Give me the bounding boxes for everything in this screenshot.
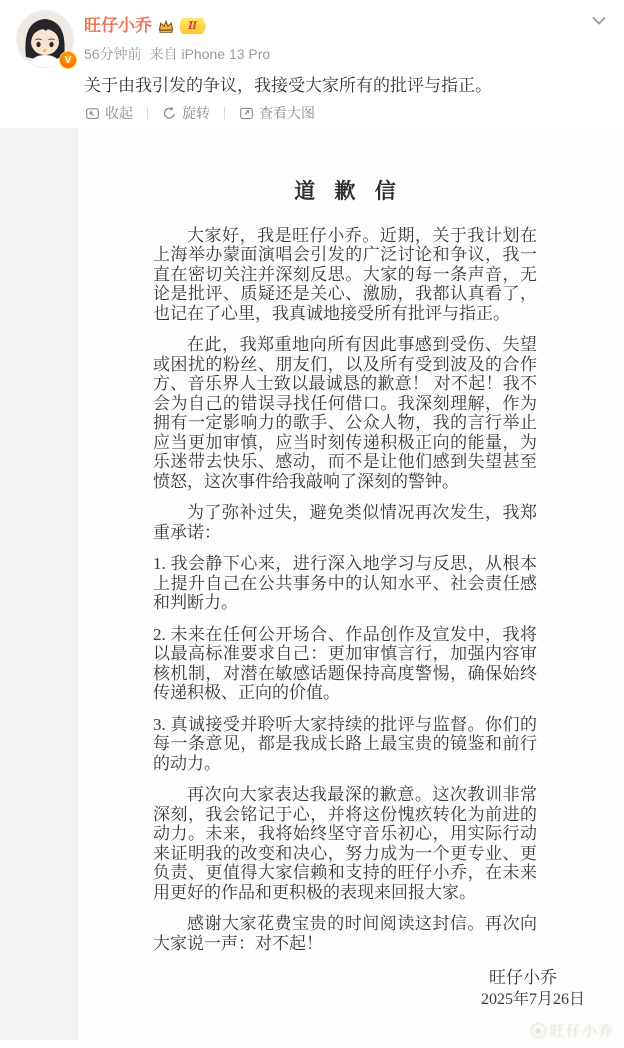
chevron-down-icon bbox=[590, 12, 608, 30]
image-toolbar: 收起 旋转 查看大图 bbox=[85, 103, 315, 123]
verified-v-badge: V bbox=[59, 51, 77, 69]
letter-body: 道 歉 信 大家好，我是旺仔小乔。近期，关于我计划在上海举办蒙面演唱会引发的广泛… bbox=[78, 128, 624, 1011]
collapse-label: 收起 bbox=[105, 103, 133, 123]
rotate-icon bbox=[162, 106, 177, 121]
toolbar-divider bbox=[224, 107, 225, 120]
post-time: 56分钟前 bbox=[84, 44, 142, 64]
letter-title: 道 歉 信 bbox=[153, 182, 537, 202]
letter-paper: 道 歉 信 大家好，我是旺仔小乔。近期，关于我计划在上海举办蒙面演唱会引发的广泛… bbox=[78, 128, 624, 1048]
letter-list-item-3: 3. 真诚接受并聆听大家持续的批评与监督。你们的每一条意见，都是我成长路上最宝贵… bbox=[153, 715, 537, 774]
collapse-image-icon bbox=[85, 106, 100, 121]
letter-paragraph: 感谢大家花费宝贵的时间阅读这封信。再次向大家说一声：对不起！ bbox=[153, 914, 537, 953]
letter-list-item-1: 1. 我会静下心来，进行深入地学习与反思，从根本上提升自己在公共事务中的认知水平… bbox=[153, 554, 537, 613]
collapse-button[interactable]: 收起 bbox=[85, 103, 133, 123]
post-source: 来自 iPhone 13 Pro bbox=[150, 44, 271, 64]
toolbar-divider bbox=[147, 107, 148, 120]
letter-paragraph: 为了弥补过失，避免类似情况再次发生，我郑重承诺： bbox=[153, 503, 537, 542]
letter-image[interactable]: 道 歉 信 大家好，我是旺仔小乔。近期，关于我计划在上海举办蒙面演唱会引发的广泛… bbox=[0, 128, 624, 1048]
letter-list-item-2: 2. 未来在任何公开场合、作品创作及宣发中，我将以最高标准要求自己：更加审慎言行… bbox=[153, 625, 537, 703]
vip-crown-icon bbox=[157, 18, 175, 34]
signature-name: 旺仔小乔 bbox=[153, 967, 557, 989]
username[interactable]: 旺仔小乔 bbox=[84, 16, 152, 36]
rotate-button[interactable]: 旋转 bbox=[162, 103, 210, 123]
rotate-label: 旋转 bbox=[182, 103, 210, 123]
view-large-image-icon bbox=[239, 106, 254, 121]
watermark-text: 旺仔小乔 bbox=[550, 1020, 614, 1041]
letter-paragraph: 大家好，我是旺仔小乔。近期，关于我计划在上海举办蒙面演唱会引发的广泛讨论和争议，… bbox=[153, 226, 537, 324]
vip-level-badge: Ⅱ bbox=[180, 18, 206, 34]
letter-paragraph: 在此，我郑重地向所有因此事感到受伤、失望或困扰的粉丝、朋友们，以及所有受到波及的… bbox=[153, 335, 537, 491]
watermark: ◉ 旺仔小乔 bbox=[531, 1020, 614, 1041]
avatar[interactable]: V bbox=[16, 10, 74, 68]
signature-date: 2025年7月26日 bbox=[153, 989, 585, 1011]
post-meta: 56分钟前 来自 iPhone 13 Pro bbox=[84, 44, 270, 64]
view-large-label: 查看大图 bbox=[259, 103, 315, 123]
letter-signature: 旺仔小乔 2025年7月26日 bbox=[153, 967, 585, 1011]
post-text: 关于由我引发的争议，我接受大家所有的批评与指正。 bbox=[84, 74, 564, 98]
post-menu-button[interactable] bbox=[590, 12, 610, 32]
watermark-logo-icon: ◉ bbox=[531, 1023, 546, 1038]
letter-paragraph: 再次向大家表达我最深的歉意。这次教训非常深刻，我会铭记于心，并将这份愧疚转化为前… bbox=[153, 785, 537, 902]
view-large-button[interactable]: 查看大图 bbox=[239, 103, 315, 123]
image-gray-margin bbox=[0, 128, 78, 1040]
